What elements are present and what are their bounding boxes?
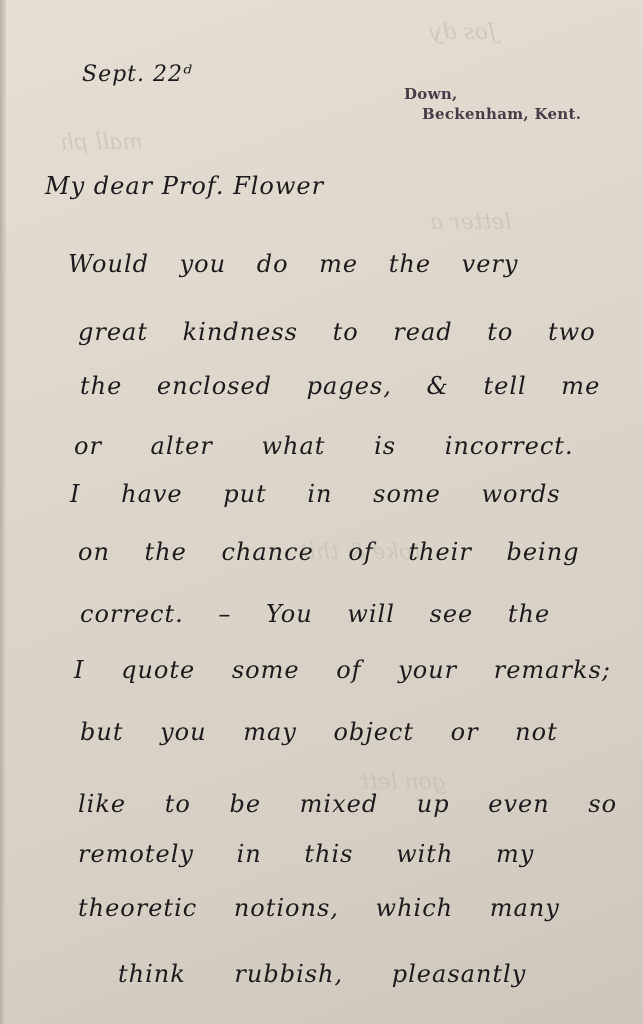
paper-edge: [0, 0, 6, 1024]
body-line: Would you do me the very: [68, 250, 518, 278]
body-line: on the chance of their being: [78, 538, 580, 566]
body-line: theoretic notions, which many: [78, 894, 560, 922]
body-line: or alter what is incorrect.: [74, 432, 574, 460]
body-line: like to be mixed up even so: [78, 790, 617, 818]
body-line: think rubbish, pleasantly: [118, 960, 526, 988]
body-line: I quote some of your remarks;: [74, 656, 611, 684]
body-line: but you may object or not: [80, 718, 558, 746]
bleed-through-text: mall ph: [60, 130, 143, 155]
letterhead-line-2: Beckenham, Kent.: [404, 104, 581, 124]
bleed-through-text: Jos dy: [430, 20, 497, 45]
body-line: remotely in this with my: [78, 840, 534, 868]
body-line: correct. – You will see the: [80, 600, 550, 628]
letter-date: Sept. 22ᵈ: [82, 62, 193, 87]
salutation: My dear Prof. Flower: [45, 172, 324, 200]
body-line: the enclosed pages, & tell me: [80, 372, 600, 400]
bleed-through-text: letter a: [430, 210, 511, 235]
body-line: great kindness to read to two: [78, 318, 596, 346]
letterhead-stamp: Down, Beckenham, Kent.: [404, 84, 581, 124]
letterhead-line-1: Down,: [404, 84, 581, 104]
body-line: I have put in some words: [70, 480, 561, 508]
